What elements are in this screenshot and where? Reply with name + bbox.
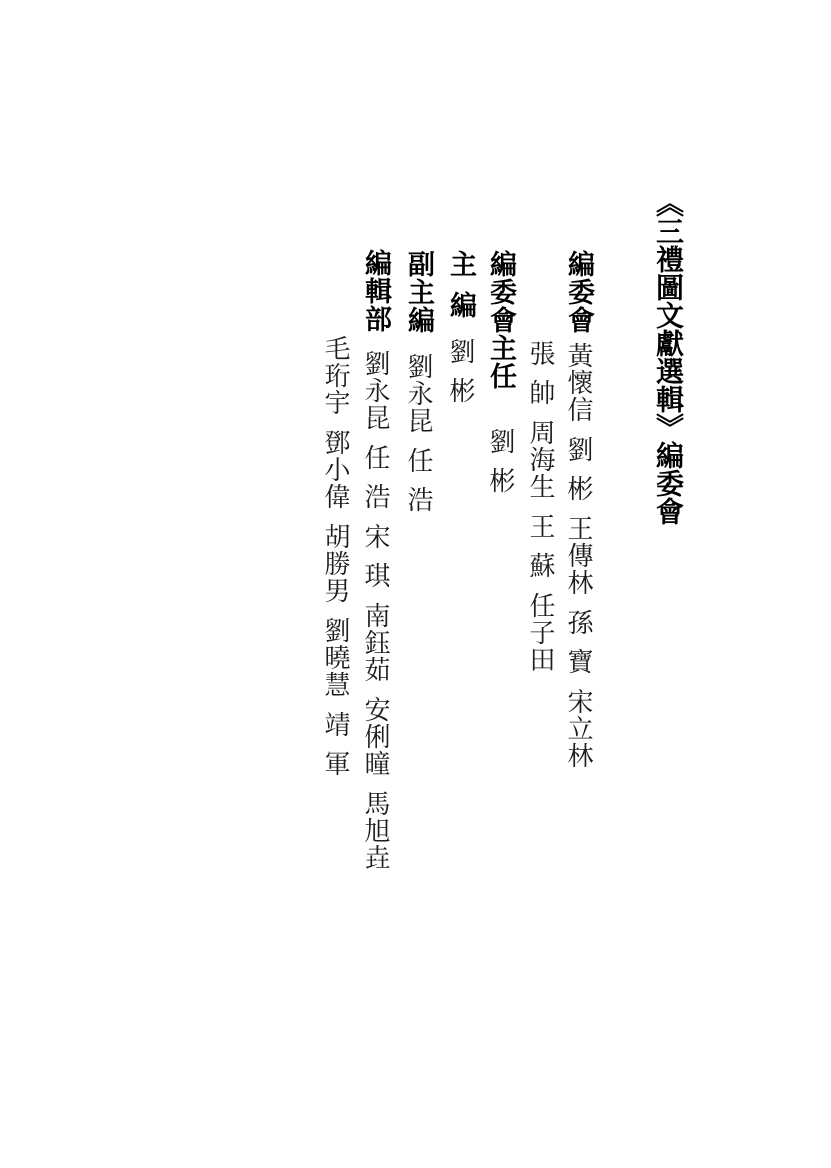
member-name: 宋琪 bbox=[361, 523, 390, 589]
member-name: 宋立林 bbox=[564, 688, 593, 769]
names-column: 劉彬 bbox=[487, 428, 513, 507]
member-name-char: 浩 bbox=[361, 483, 390, 510]
member-name-char: 彬 bbox=[446, 377, 475, 404]
member-name: 南鈺茹 bbox=[361, 602, 390, 683]
member-name-char: 劉 bbox=[564, 436, 593, 463]
member-name: 毛珩宇 bbox=[321, 335, 350, 416]
member-name: 黃懷信 bbox=[564, 342, 593, 423]
member-name-char: 王 bbox=[526, 513, 555, 540]
member-name: 任浩 bbox=[404, 447, 433, 513]
member-name-char: 任 bbox=[361, 444, 390, 471]
member-name: 胡勝男 bbox=[321, 523, 350, 604]
names-column: 劉彬 bbox=[447, 338, 473, 417]
member-name: 張帥 bbox=[526, 340, 555, 406]
member-name: 周海生 bbox=[526, 419, 555, 500]
role-label: 主編 bbox=[447, 250, 474, 332]
member-name-char: 彬 bbox=[564, 475, 593, 502]
member-name-char: 軍 bbox=[321, 750, 350, 777]
member-name-char: 浩 bbox=[404, 486, 433, 513]
member-name-char: 張 bbox=[526, 340, 555, 367]
member-name: 安俐曈 bbox=[361, 696, 390, 777]
page-title: 《三禮圖文獻選輯》編委會 bbox=[653, 189, 681, 525]
member-name-char: 任 bbox=[404, 447, 433, 474]
member-name-char: 琪 bbox=[361, 562, 390, 589]
member-name: 任子田 bbox=[526, 592, 555, 673]
names-column: 黃懷信劉彬王傳林孫寶宋立林 bbox=[565, 342, 591, 782]
names-column: 毛珩宇鄧小偉胡勝男劉曉慧靖軍 bbox=[322, 335, 348, 790]
role-label: 編委會 bbox=[565, 250, 592, 334]
role-label-char: 主 bbox=[446, 250, 476, 278]
member-name: 劉永昆 bbox=[404, 353, 433, 434]
member-name-char: 寶 bbox=[564, 648, 593, 675]
member-name: 劉彬 bbox=[446, 338, 475, 404]
member-name: 劉曉慧 bbox=[321, 617, 350, 698]
member-name: 任浩 bbox=[361, 444, 390, 510]
member-name: 劉永昆 bbox=[361, 350, 390, 431]
member-name-char: 宋 bbox=[361, 523, 390, 550]
role-label: 編委會主任 bbox=[487, 250, 514, 390]
member-name: 靖軍 bbox=[321, 711, 350, 777]
member-name-char: 帥 bbox=[526, 379, 555, 406]
member-name-char: 彬 bbox=[486, 467, 515, 494]
book-page: 《三禮圖文獻選輯》編委會 編委會黃懷信劉彬王傳林孫寶宋立林張帥周海生王蘇任子田編… bbox=[0, 0, 831, 1168]
member-name: 王蘇 bbox=[526, 513, 555, 579]
member-name: 孫寶 bbox=[564, 609, 593, 675]
member-name: 馬旭垚 bbox=[361, 790, 390, 871]
names-column: 劉永昆任浩 bbox=[405, 353, 431, 526]
member-name: 鄧小偉 bbox=[321, 429, 350, 510]
role-label-char: 編 bbox=[446, 291, 476, 319]
role-label: 副主編 bbox=[405, 250, 432, 334]
member-name: 王傳林 bbox=[564, 515, 593, 596]
member-name: 劉彬 bbox=[564, 436, 593, 502]
member-name-char: 靖 bbox=[321, 711, 350, 738]
member-name-char: 孫 bbox=[564, 609, 593, 636]
names-column: 劉永昆任浩宋琪南鈺茹安俐曈馬旭垚 bbox=[362, 350, 388, 884]
names-column: 張帥周海生王蘇任子田 bbox=[527, 340, 553, 686]
member-name: 劉彬 bbox=[486, 428, 515, 494]
member-name-char: 劉 bbox=[486, 428, 515, 455]
member-name-char: 劉 bbox=[446, 338, 475, 365]
role-label: 編輯部 bbox=[362, 249, 389, 333]
member-name-char: 蘇 bbox=[526, 552, 555, 579]
